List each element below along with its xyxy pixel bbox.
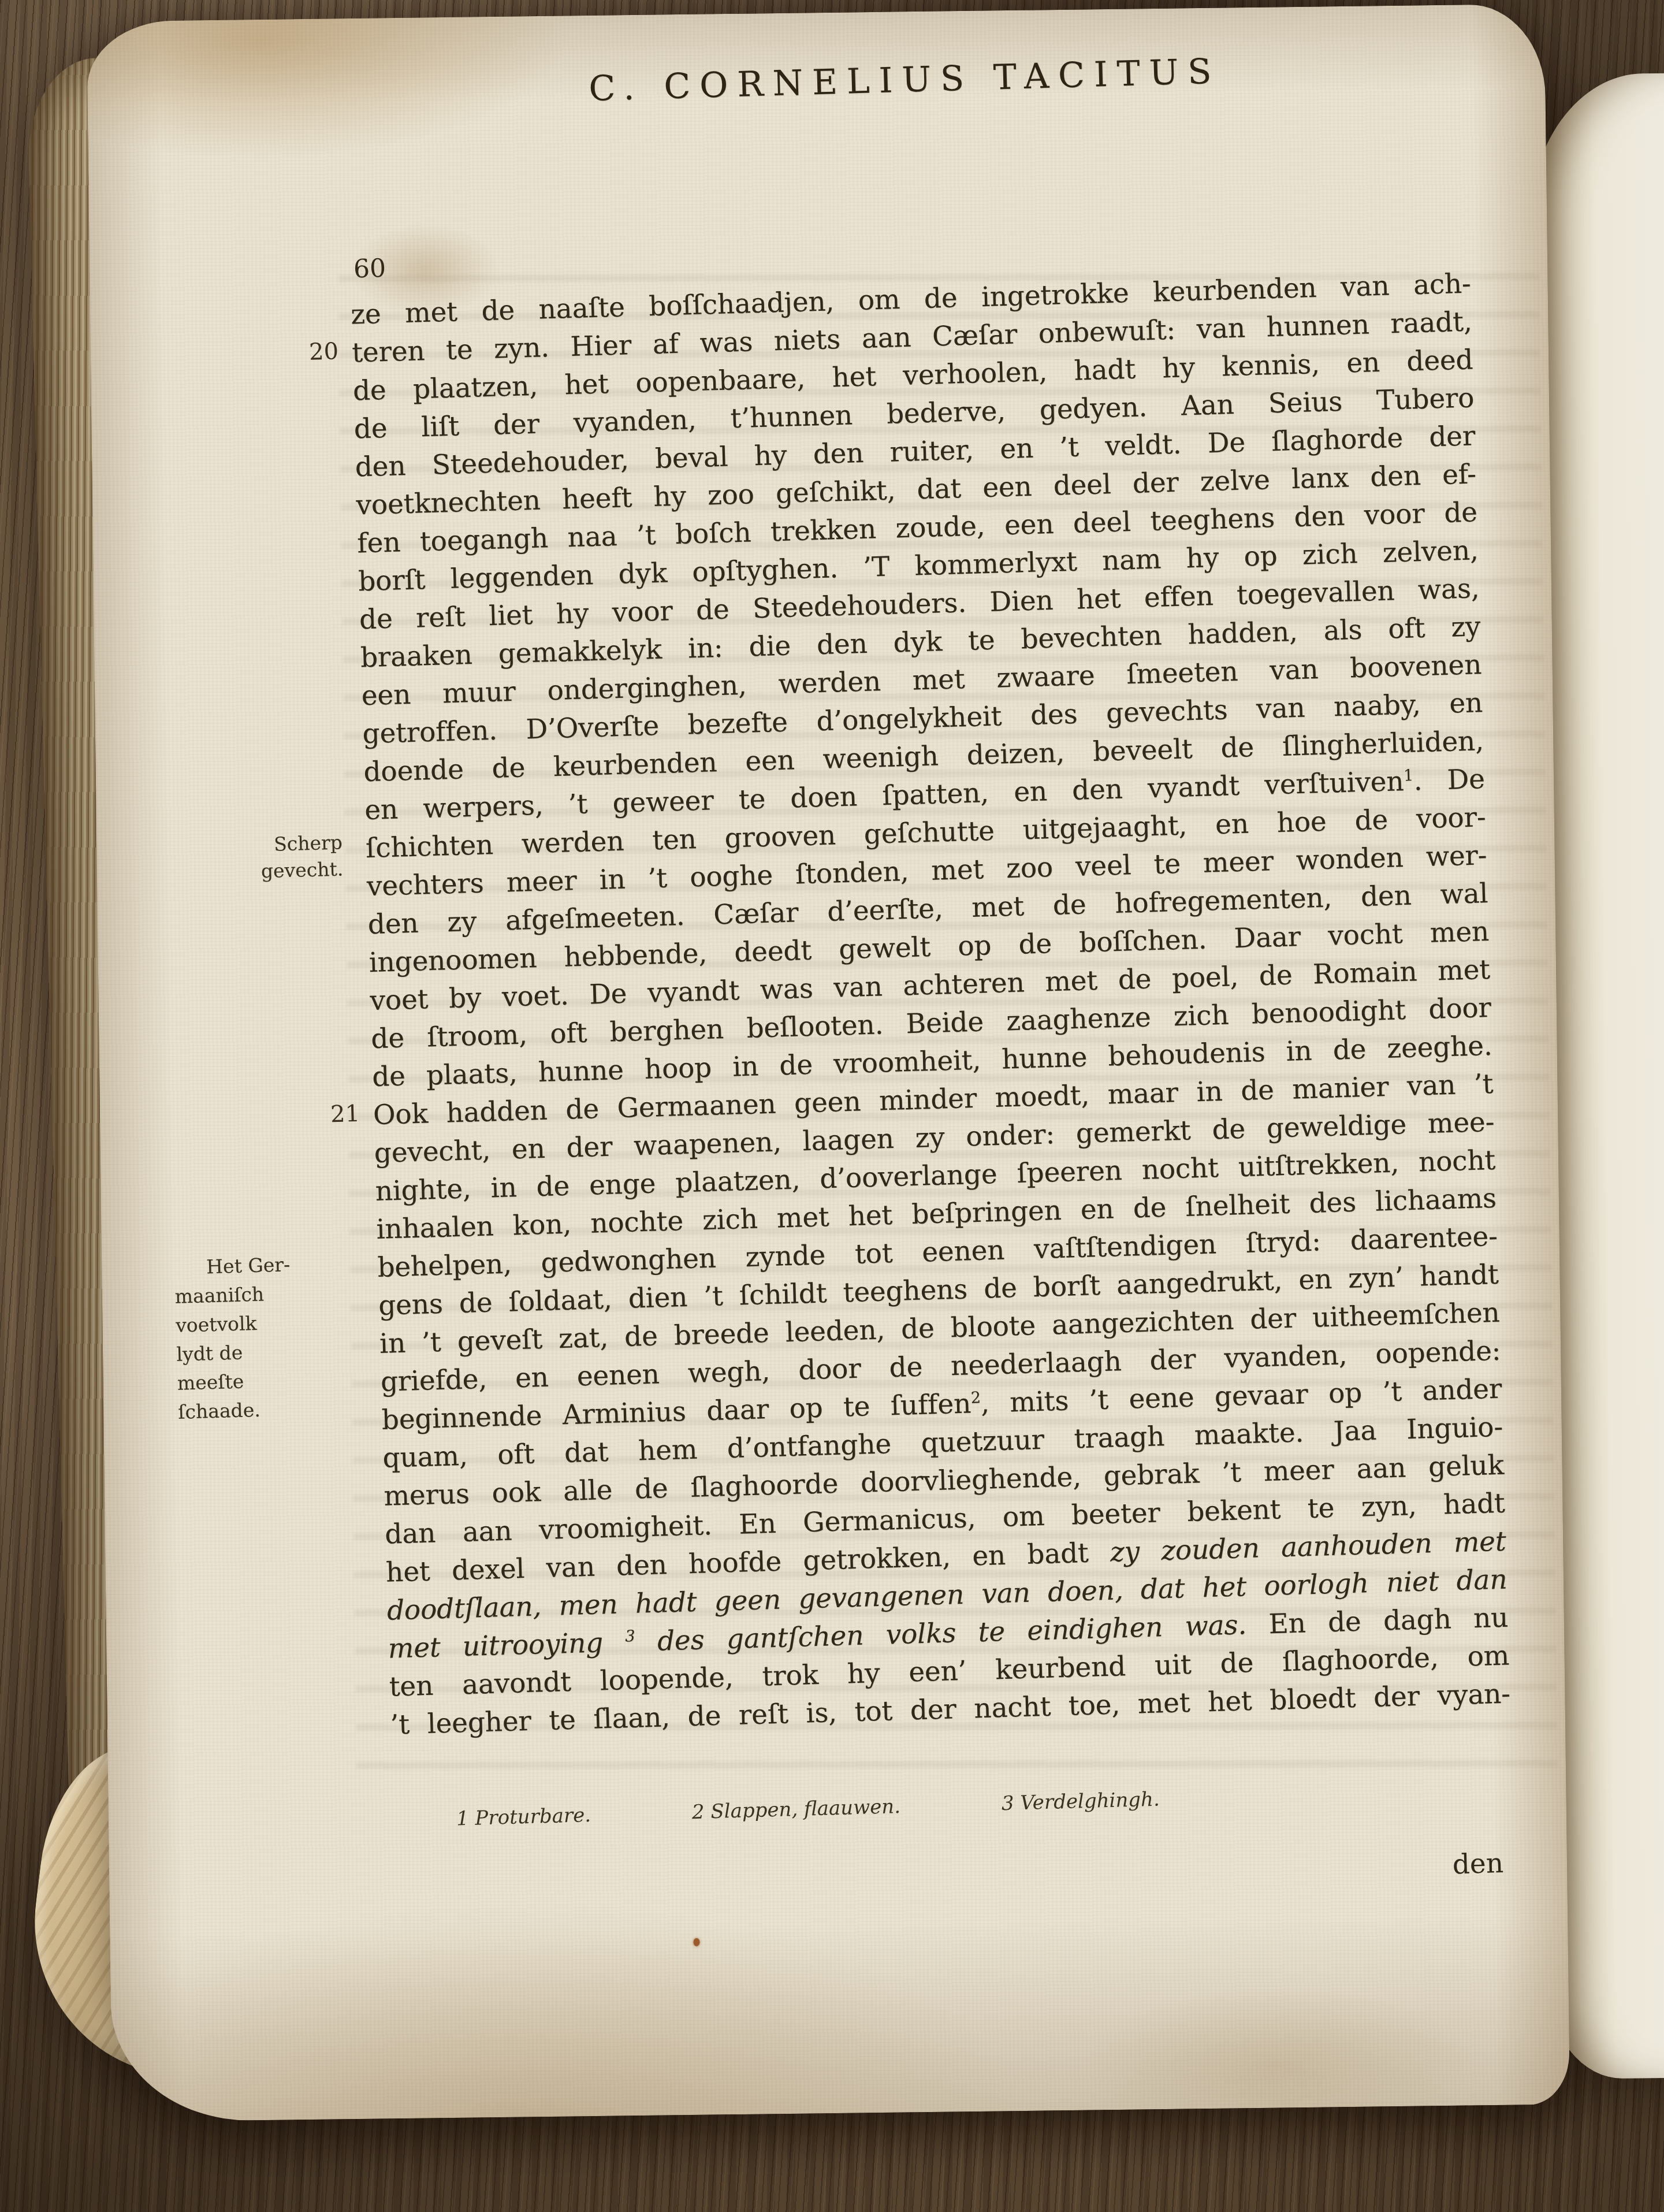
- text-segment: met uitrooying: [388, 1626, 626, 1664]
- footnote-marker: 3: [625, 1627, 635, 1645]
- footnote-item: 3 Verdelghingh.: [1001, 1788, 1160, 1816]
- text-segment: En de dagh nu: [1246, 1602, 1509, 1641]
- margin-section-number: 21: [304, 1101, 360, 1129]
- margin-note-line: ſchaade.: [178, 1393, 352, 1426]
- margin-section-number: 20: [284, 338, 339, 366]
- book-page: C. CORNELIUS TACITUS 60 ze met de naaſte…: [87, 4, 1570, 2122]
- open-book: C. CORNELIUS TACITUS 60 ze met de naaſte…: [0, 0, 1664, 2212]
- footnote-marker: 1: [1404, 767, 1414, 785]
- margin-note-line: maaniſch: [174, 1277, 348, 1311]
- text-segment: . De: [1413, 763, 1486, 797]
- page-content: C. CORNELIUS TACITUS 60 ze met de naaſte…: [75, 0, 1591, 2133]
- footnotes-row: 1 Proturbare.2 Slappen, flaauwen.3 Verde…: [456, 1778, 1496, 1830]
- page-number: 60: [353, 254, 386, 284]
- footnote-item: 1 Proturbare.: [456, 1804, 591, 1830]
- footnote-marker: 2: [970, 1389, 981, 1407]
- running-header: C. CORNELIUS TACITUS: [344, 44, 1465, 116]
- margin-note-line: voetvolk: [175, 1306, 349, 1340]
- margin-note-line: Scherp: [179, 829, 343, 860]
- margin-note-line: Het Ger-: [174, 1248, 348, 1282]
- margin-note-line: lydt de: [176, 1335, 350, 1369]
- catchword: den: [394, 1847, 1504, 1910]
- footnote-item: 2 Slappen, flaauwen.: [691, 1795, 900, 1824]
- text-block: ze met de naaſte boſſchaadjen, om de ing…: [350, 265, 1510, 1744]
- margin-note: Het Ger-maaniſchvoetvolklydt demeeſteſch…: [174, 1248, 352, 1426]
- margin-note-line: gevecht.: [180, 856, 344, 887]
- margin-note-line: meeſte: [177, 1364, 351, 1397]
- margin-note: Scherpgevecht.: [179, 829, 350, 887]
